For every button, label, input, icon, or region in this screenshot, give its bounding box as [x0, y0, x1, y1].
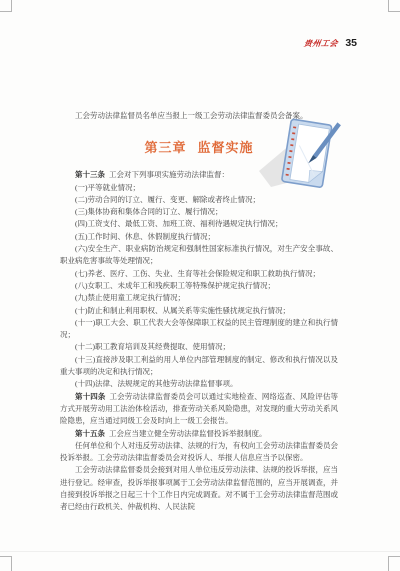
article-13-label: 第十三条 [75, 170, 105, 179]
article-15: 第十五条工会应当建立健全劳动法律监督投诉举报制度。 [60, 428, 338, 440]
regulation-item: (十四)法律、法规规定的其他劳动法律监督事项。 [60, 378, 338, 390]
chapter-number: 第三章 [144, 140, 186, 155]
page-number: 35 [345, 37, 357, 49]
article-body: 工会劳动法律监督员名单应当报上一级工会劳动法律监督委员会备案。 第三章监督实施 … [60, 110, 338, 514]
regulation-item: (五)工作时间、休息、休假制度执行情况； [60, 231, 338, 243]
chapter-title: 监督实施 [198, 140, 254, 155]
regulation-item: (七)养老、医疗、工伤、失业、生育等社会保险规定和职工救助执行情况； [60, 268, 338, 280]
magazine-brand-logo: 贵州工会 [304, 38, 340, 49]
page-bottom-rule [0, 551, 400, 552]
magazine-page: 贵州工会 35 [0, 0, 400, 571]
crop-mark-bottom-left [0, 556, 12, 571]
page-header: 贵州工会 35 [304, 37, 357, 49]
regulation-item: (十三)直接涉及职工利益的用人单位内部管理制度的制定、修改和执行情况以及重大事项… [60, 354, 338, 379]
article-13-lead: 第十三条工会对下列事项实施劳动法律监督： [60, 169, 338, 181]
crop-mark-top-left [0, 0, 12, 12]
article-15-paragraph: 工会劳动法律监督委员会接到对用人单位违反劳动法律、法规的投诉举报，应当进行登记。… [60, 464, 338, 513]
crop-mark-bottom-right [388, 556, 400, 571]
article-14: 第十四条工会劳动法律监督委员会可以通过实地检查、网络巡查、风险评估等方式开展劳动… [60, 391, 338, 428]
chapter-heading: 第三章监督实施 [60, 139, 338, 156]
regulation-item: (四)工资支付、最低工资、加班工资、福利待遇规定执行情况； [60, 218, 338, 230]
regulation-item: (九)禁止使用童工规定执行情况； [60, 292, 338, 304]
regulation-item: (二)劳动合同的订立、履行、变更、解除或者终止情况； [60, 194, 338, 206]
article-14-label: 第十四条 [75, 392, 106, 401]
crop-mark-top-right [388, 0, 400, 12]
regulation-item: (十)防止和制止利用职权、从属关系等实施性骚扰规定执行情况； [60, 305, 338, 317]
intro-paragraph: 工会劳动法律监督员名单应当报上一级工会劳动法律监督委员会备案。 [60, 110, 338, 122]
regulation-item: (六)安全生产、职业病防治规定和强制性国家标准执行情况，对生产安全事故、职业病危… [60, 243, 338, 268]
regulation-item: (一)平等就业情况； [60, 182, 338, 194]
regulation-item: (十一)职工大会、职工代表大会等保障职工权益的民主管理制度的建立和执行情况； [60, 317, 338, 342]
article-15-label: 第十五条 [75, 429, 105, 438]
article-15-paragraph: 任何单位和个人对违反劳动法律、法规的行为，有权向工会劳动法律监督委员会投诉举报。… [60, 440, 338, 465]
regulation-item: (十二)职工教育培训及其经费提取、使用情况； [60, 341, 338, 353]
regulation-item: (三)集体协商和集体合同的订立、履行情况； [60, 206, 338, 218]
regulation-item: (八)女职工、未成年工和残疾职工等特殊保护规定执行情况； [60, 280, 338, 292]
